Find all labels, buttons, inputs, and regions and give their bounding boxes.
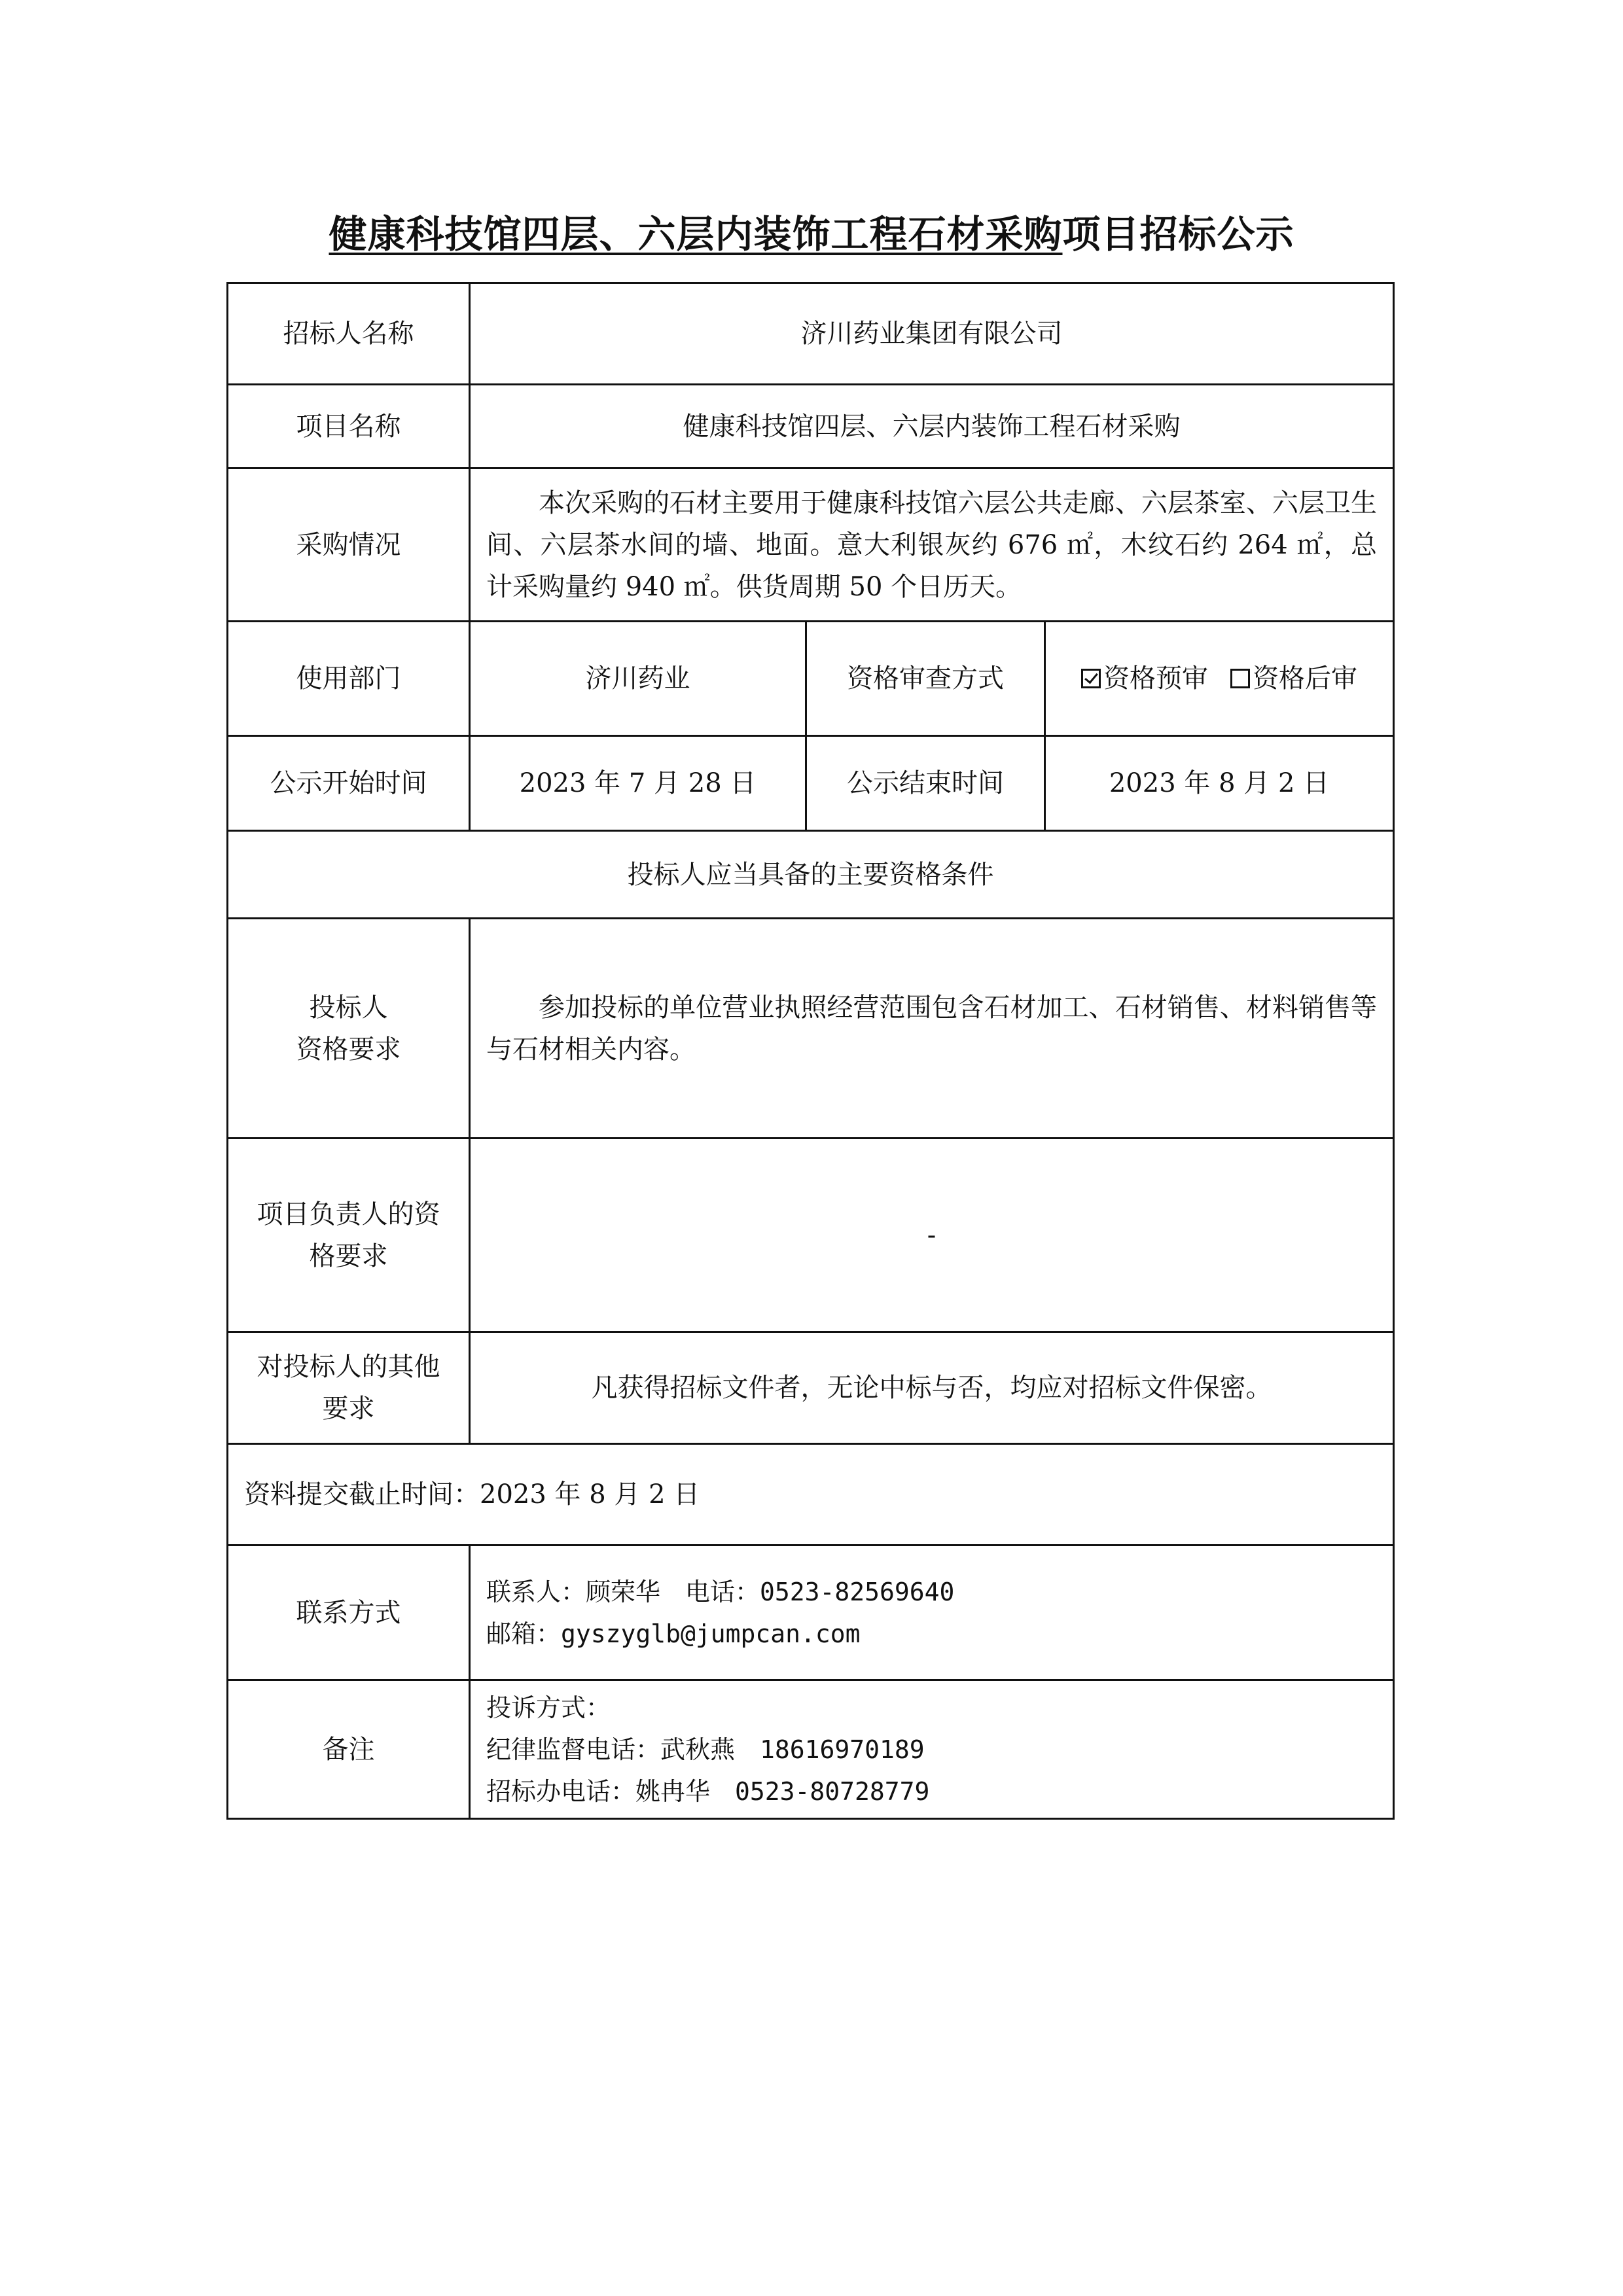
remarks-line: 招标办电话：姚冉华 0523-80728779 — [486, 1771, 1377, 1812]
contact-person-line: 联系人：顾荣华 电话：0523-82569640 — [486, 1571, 1377, 1613]
page-title: 健康科技馆四层、六层内装饰工程石材采购项目招标公示 — [0, 208, 1623, 260]
row-dates: 公示开始时间 2023 年 7 月 28 日 公示结束时间 2023 年 8 月… — [228, 736, 1394, 831]
row-department: 使用部门 济川药业 资格审查方式 资格预审资格后审 — [228, 622, 1394, 736]
title-rest: 项目招标公示 — [1063, 212, 1294, 256]
start-value: 2023 年 7 月 28 日 — [470, 736, 806, 831]
procurement-label: 采购情况 — [228, 468, 470, 622]
remarks-line: 纪律监督电话：武秋燕 18616970189 — [486, 1729, 1377, 1771]
project-value: 健康科技馆四层、六层内装饰工程石材采购 — [470, 385, 1394, 468]
row-remarks: 备注 投诉方式： 纪律监督电话：武秋燕 18616970189 招标办电话：姚冉… — [228, 1680, 1394, 1819]
procurement-value: 本次采购的石材主要用于健康科技馆六层公共走廊、六层茶室、六层卫生间、六层茶水间的… — [470, 468, 1394, 622]
tenderer-label: 招标人名称 — [228, 283, 470, 385]
row-deadline: 资料提交截止时间：2023 年 8 月 2 日 — [228, 1444, 1394, 1545]
tender-notice-table: 招标人名称 济川药业集团有限公司 项目名称 健康科技馆四层、六层内装饰工程石材采… — [226, 282, 1395, 1820]
deadline-text: 资料提交截止时间：2023 年 8 月 2 日 — [228, 1444, 1394, 1545]
bidder-req-label: 投标人 资格要求 — [228, 919, 470, 1139]
review-label: 资格审查方式 — [806, 622, 1045, 736]
row-contact: 联系方式 联系人：顾荣华 电话：0523-82569640 邮箱：gyszygl… — [228, 1545, 1394, 1680]
other-req-value: 凡获得招标文件者，无论中标与否，均应对招标文件保密。 — [470, 1332, 1394, 1444]
row-section-header: 投标人应当具备的主要资格条件 — [228, 831, 1394, 919]
review-options: 资格预审资格后审 — [1045, 622, 1394, 736]
row-lead-req: 项目负责人的资格要求 - — [228, 1139, 1394, 1332]
end-value: 2023 年 8 月 2 日 — [1045, 736, 1394, 831]
row-procurement: 采购情况 本次采购的石材主要用于健康科技馆六层公共走廊、六层茶室、六层卫生间、六… — [228, 468, 1394, 622]
review-option-postqual: 资格后审 — [1253, 663, 1357, 694]
tenderer-value: 济川药业集团有限公司 — [470, 283, 1394, 385]
checkbox-checked-icon[interactable] — [1081, 669, 1101, 688]
row-project: 项目名称 健康科技馆四层、六层内装饰工程石材采购 — [228, 385, 1394, 468]
bidder-req-label-line1: 投标人 — [244, 987, 453, 1029]
row-bidder-req: 投标人 资格要求 参加投标的单位营业执照经营范围包含石材加工、石材销售、材料销售… — [228, 919, 1394, 1139]
end-label: 公示结束时间 — [806, 736, 1045, 831]
lead-req-value: - — [470, 1139, 1394, 1332]
row-other-req: 对投标人的其他要求 凡获得招标文件者，无论中标与否，均应对招标文件保密。 — [228, 1332, 1394, 1444]
project-label: 项目名称 — [228, 385, 470, 468]
title-underlined: 健康科技馆四层、六层内装饰工程石材采购 — [329, 212, 1062, 256]
contact-value: 联系人：顾荣华 电话：0523-82569640 邮箱：gyszyglb@jum… — [470, 1545, 1394, 1680]
contact-email-line[interactable]: 邮箱：gyszyglb@jumpcan.com — [486, 1613, 1377, 1655]
bidder-req-label-line2: 资格要求 — [244, 1029, 453, 1070]
bidder-req-value: 参加投标的单位营业执照经营范围包含石材加工、石材销售、材料销售等与石材相关内容。 — [470, 919, 1394, 1139]
contact-label: 联系方式 — [228, 1545, 470, 1680]
row-tenderer: 招标人名称 济川药业集团有限公司 — [228, 283, 1394, 385]
section-header: 投标人应当具备的主要资格条件 — [228, 831, 1394, 919]
remarks-label: 备注 — [228, 1680, 470, 1819]
remarks-line: 投诉方式： — [486, 1687, 1377, 1729]
other-req-label: 对投标人的其他要求 — [228, 1332, 470, 1444]
start-label: 公示开始时间 — [228, 736, 470, 831]
department-label: 使用部门 — [228, 622, 470, 736]
lead-req-label: 项目负责人的资格要求 — [228, 1139, 470, 1332]
checkbox-unchecked-icon[interactable] — [1230, 669, 1250, 688]
department-value: 济川药业 — [470, 622, 806, 736]
review-option-prequal: 资格预审 — [1103, 663, 1208, 694]
remarks-value: 投诉方式： 纪律监督电话：武秋燕 18616970189 招标办电话：姚冉华 0… — [470, 1680, 1394, 1819]
